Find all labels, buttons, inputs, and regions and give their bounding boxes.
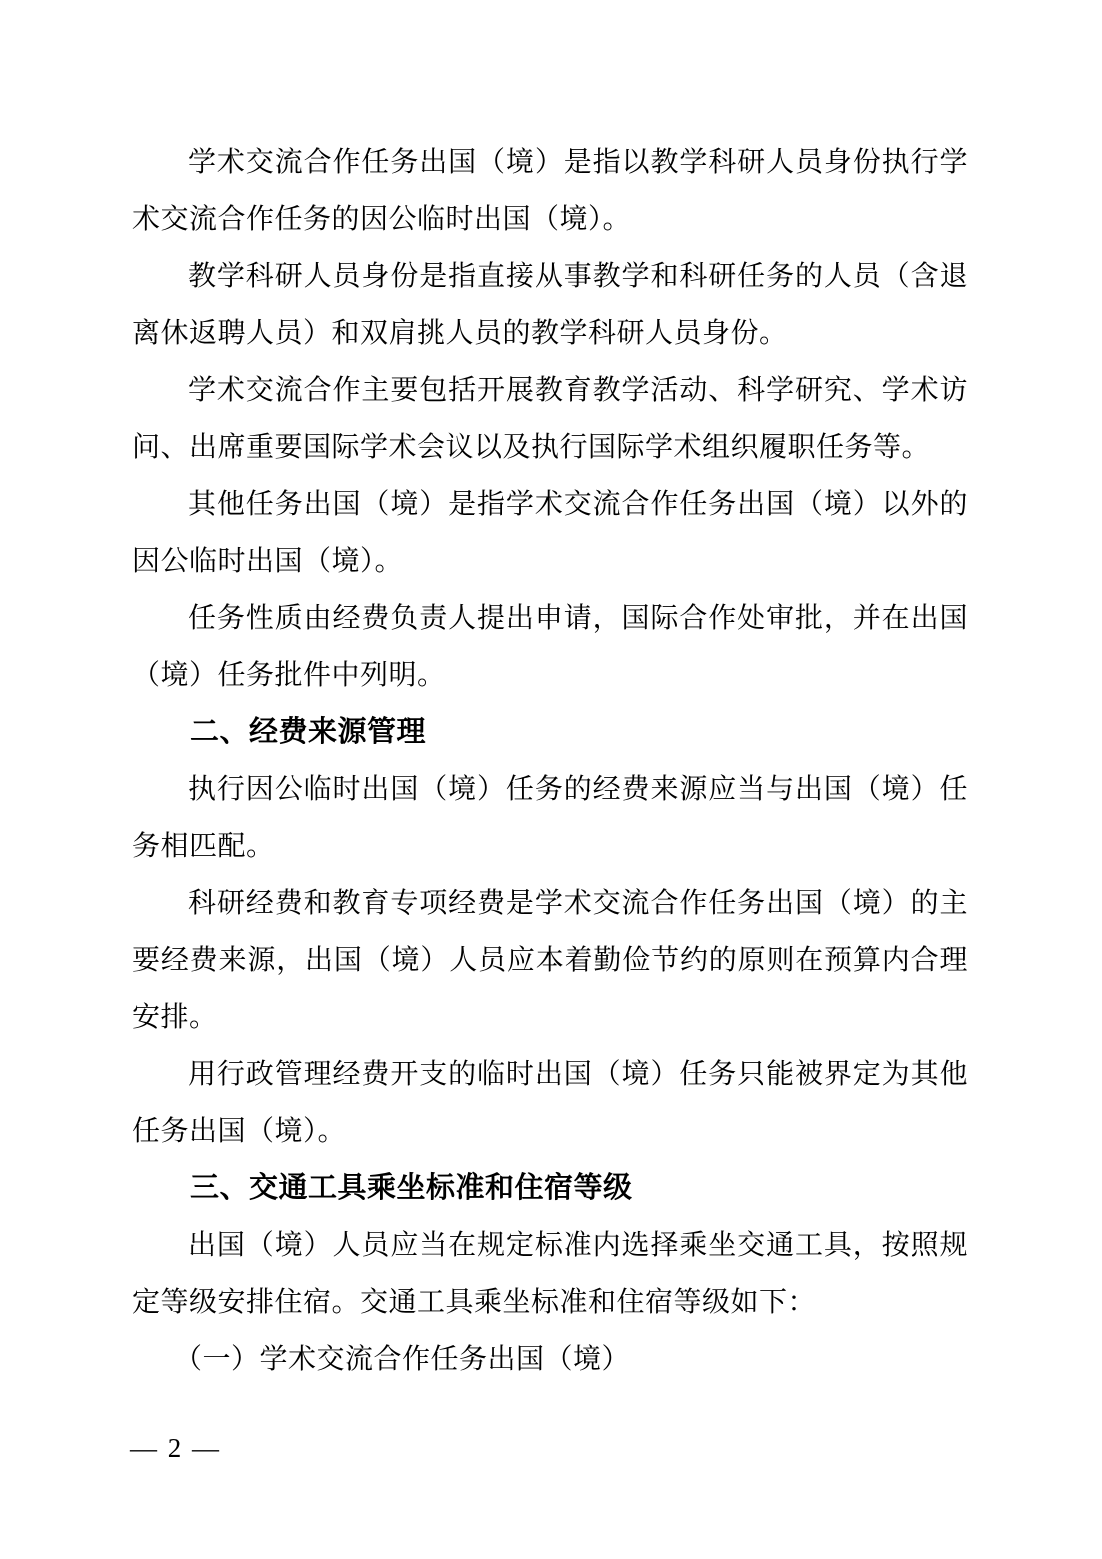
paragraph-task-nature-approval: 任务性质由经费负责人提出申请，国际合作处审批，并在出国（境）任务批件中列明。 [132,590,968,704]
paragraph-other-task-definition: 其他任务出国（境）是指学术交流合作任务出国（境）以外的因公临时出国（境）。 [132,476,968,590]
paragraph-teaching-research-identity: 教学科研人员身份是指直接从事教学和科研任务的人员（含退离休返聘人员）和双肩挑人员… [132,248,968,362]
section-heading-funding-source-management: 二、经费来源管理 [132,704,968,761]
paragraph-academic-exchange-definition: 学术交流合作任务出国（境）是指以教学科研人员身份执行学术交流合作任务的因公临时出… [132,134,968,248]
section-heading-transport-lodging-standard: 三、交通工具乘坐标准和住宿等级 [132,1160,968,1217]
paragraph-funding-match: 执行因公临时出国（境）任务的经费来源应当与出国（境）任务相匹配。 [132,761,968,875]
list-item-academic-exchange-travel: （一）学术交流合作任务出国（境） [132,1331,968,1388]
document-text-block: 学术交流合作任务出国（境）是指以教学科研人员身份执行学术交流合作任务的因公临时出… [132,134,968,1388]
page-number: — 2 — [130,1428,221,1468]
paragraph-research-funding-source: 科研经费和教育专项经费是学术交流合作任务出国（境）的主要经费来源，出国（境）人员… [132,875,968,1046]
paragraph-academic-exchange-scope: 学术交流合作主要包括开展教育教学活动、科学研究、学术访问、出席重要国际学术会议以… [132,362,968,476]
document-page: 学术交流合作任务出国（境）是指以教学科研人员身份执行学术交流合作任务的因公临时出… [0,0,1102,1559]
paragraph-admin-funding-restriction: 用行政管理经费开支的临时出国（境）任务只能被界定为其他任务出国（境）。 [132,1046,968,1160]
paragraph-transport-standard-intro: 出国（境）人员应当在规定标准内选择乘坐交通工具，按照规定等级安排住宿。交通工具乘… [132,1217,968,1331]
